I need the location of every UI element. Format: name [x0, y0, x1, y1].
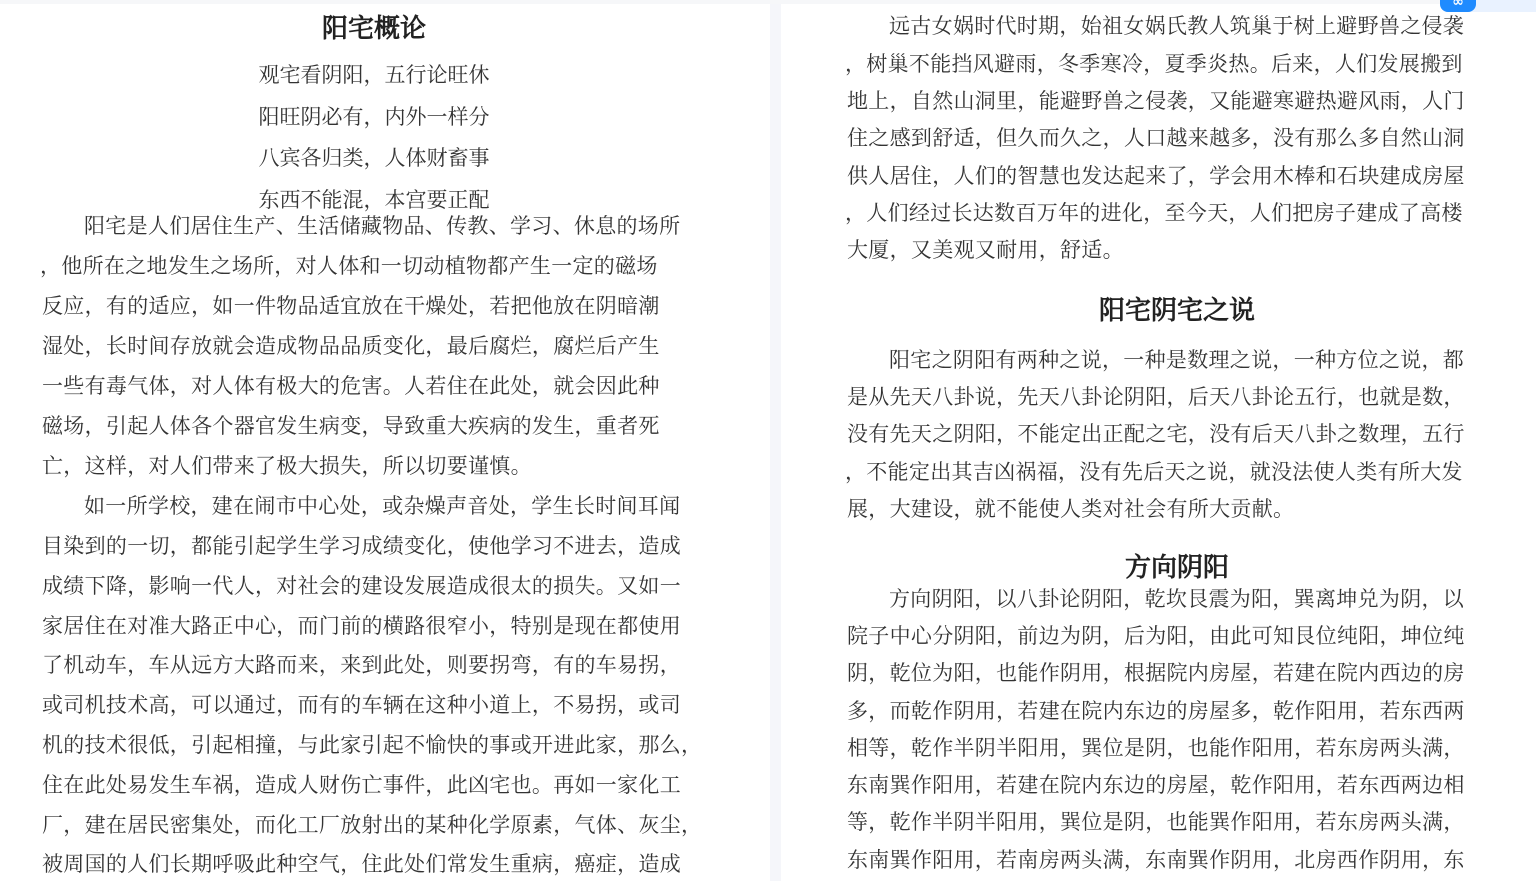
text-line: 成绩下降，影响一代人，对社会的建设发展造成很太的损失。又如一	[42, 570, 681, 600]
text-line: ，他所在之地发生之场所，对人体和一切动植物都产生一定的磁场	[40, 250, 658, 280]
text-line: ，人们经过长达数百万年的进化，至今天，人们把房子建成了高楼	[845, 197, 1463, 227]
floating-assistant-button[interactable]: ∞	[1440, 0, 1536, 12]
text-line: 地上，自然山洞里，能避野兽之侵袭，又能避寒避热避风雨，人门	[847, 85, 1465, 115]
text-line: 方向阴阳，以八卦论阴阳，乾坎艮震为阳，巽离坤兑为阴，以	[889, 583, 1464, 613]
text-line: 阳宅是人们居住生产、生活储藏物品、传教、学习、休息的场所	[84, 210, 680, 240]
text-line: 供人居住，人们的智慧也发达起来了，学会用木棒和石块建成房屋	[847, 160, 1465, 190]
text-line: 院子中心分阴阳，前边为阴，后为阳，由此可知艮位纯阳，坤位纯	[847, 620, 1465, 650]
poem-line: 阳旺阴必有，内外一样分	[0, 101, 748, 131]
document-page-right: 远古女娲时代时期，始祖女娲氏教人筑巢于树上避野兽之侵袭 ，树巢不能挡风避雨，冬季…	[781, 4, 1536, 881]
text-line: 反应，有的适应，如一件物品适宜放在干燥处，若把他放在阴暗潮	[42, 290, 660, 320]
text-line: 了机动车，车从远方大路而来，来到此处，则要拐弯，有的车易拐，	[42, 649, 681, 679]
text-line: 东南巽作阳用，若南房两头满，东南巽作阴用，北房西作阴用，东	[847, 844, 1465, 874]
text-line: 或司机技术高，可以通过，而有的车辆在这种小道上，不易拐，或司	[42, 689, 681, 719]
text-line: 住之感到舒适，但久而久之，人口越来越多，没有那么多自然山洞	[847, 122, 1465, 152]
text-line: 相等，乾作半阴半阳用，巽位是阴，也能作阳用，若东房两头满，	[847, 732, 1465, 762]
section-title: 方向阴阳	[781, 547, 1536, 584]
text-line: ，不能定出其吉凶祸福，没有先后天之说，就没法使人类有所大发	[845, 456, 1463, 486]
page-gutter	[770, 4, 781, 881]
text-line: 亡，这样，对人们带来了极大损失，所以切要谨慎。	[42, 450, 532, 480]
text-line: 磁场，引起人体各个器官发生病变，导致重大疾病的发生，重者死	[42, 410, 660, 440]
text-line: 没有先天之阴阳，不能定出正配之宅，没有后天八卦之数理，五行	[847, 418, 1465, 448]
text-line: 厂，建在居民密集处，而化工厂放射出的某种化学原素，气体、灰尘，	[42, 809, 702, 839]
text-line: 机的技术很低，引起相撞，与此家引起不愉快的事或开进此家，那么，	[42, 729, 702, 759]
text-line: 如一所学校，建在闹市中心处，或杂燥声音处，学生长时间耳闻	[84, 490, 680, 520]
text-line: 住在此处易发生车祸，造成人财伤亡事件，此凶宅也。再如一家化工	[42, 769, 681, 799]
text-line: 远古女娲时代时期，始祖女娲氏教人筑巢于树上避野兽之侵袭	[889, 10, 1464, 40]
text-line: ，树巢不能挡风避雨，冬季寒冷，夏季炎热。后来，人们发展搬到	[845, 48, 1463, 78]
text-line: 家居住在对准大路正中心，而门前的横路很窄小，特别是现在都使用	[42, 610, 681, 640]
text-line: 展，大建设，就不能使人类对社会有所大贡献。	[847, 493, 1294, 523]
text-line: 阳宅之阴阳有两种之说，一种是数理之说，一种方位之说，都	[889, 344, 1464, 374]
text-line: 等，乾作半阴半阳用，巽位是阴，也能巽作阳用，若东房两头满，	[847, 806, 1465, 836]
text-line: 大厦，又美观又耐用，舒适。	[847, 234, 1124, 264]
text-line: 是从先天八卦说，先天八卦论阴阳，后天八卦论五行，也就是数，	[847, 381, 1465, 411]
poem-line: 观宅看阴阳，五行论旺休	[0, 59, 748, 89]
page-title: 阳宅概论	[0, 8, 748, 45]
poem-line: 八宾各归类，人体财畜事	[0, 142, 748, 172]
document-page-left: 阳宅概论 观宅看阴阳，五行论旺休 阳旺阴必有，内外一样分 八宾各归类，人体财畜事…	[0, 4, 770, 881]
text-line: 一些有毒气体，对人体有极大的危害。人若住在此处，就会因此种	[42, 370, 660, 400]
section-title: 阳宅阴宅之说	[781, 290, 1536, 327]
text-line: 目染到的一切，都能引起学生学习成绩变化，使他学习不进去，造成	[42, 530, 681, 560]
text-line: 东南巽作阳用，若建在院内东边的房屋，乾作阳用，若东西两边相	[847, 769, 1465, 799]
text-line: 阴，乾位为阳，也能作阴用，根据院内房屋，若建在院内西边的房	[847, 657, 1465, 687]
text-line: 湿处，长时间存放就会造成物品品质变化，最后腐烂，腐烂后产生	[42, 330, 660, 360]
text-line: 多，而乾作阴用，若建在院内东边的房屋多，乾作阳用，若东西两	[847, 695, 1465, 725]
ai-assistant-icon: ∞	[1440, 0, 1476, 12]
text-line: 被周国的人们长期呼吸此种空气，住此处们常发生重病，癌症，造成	[42, 848, 681, 878]
